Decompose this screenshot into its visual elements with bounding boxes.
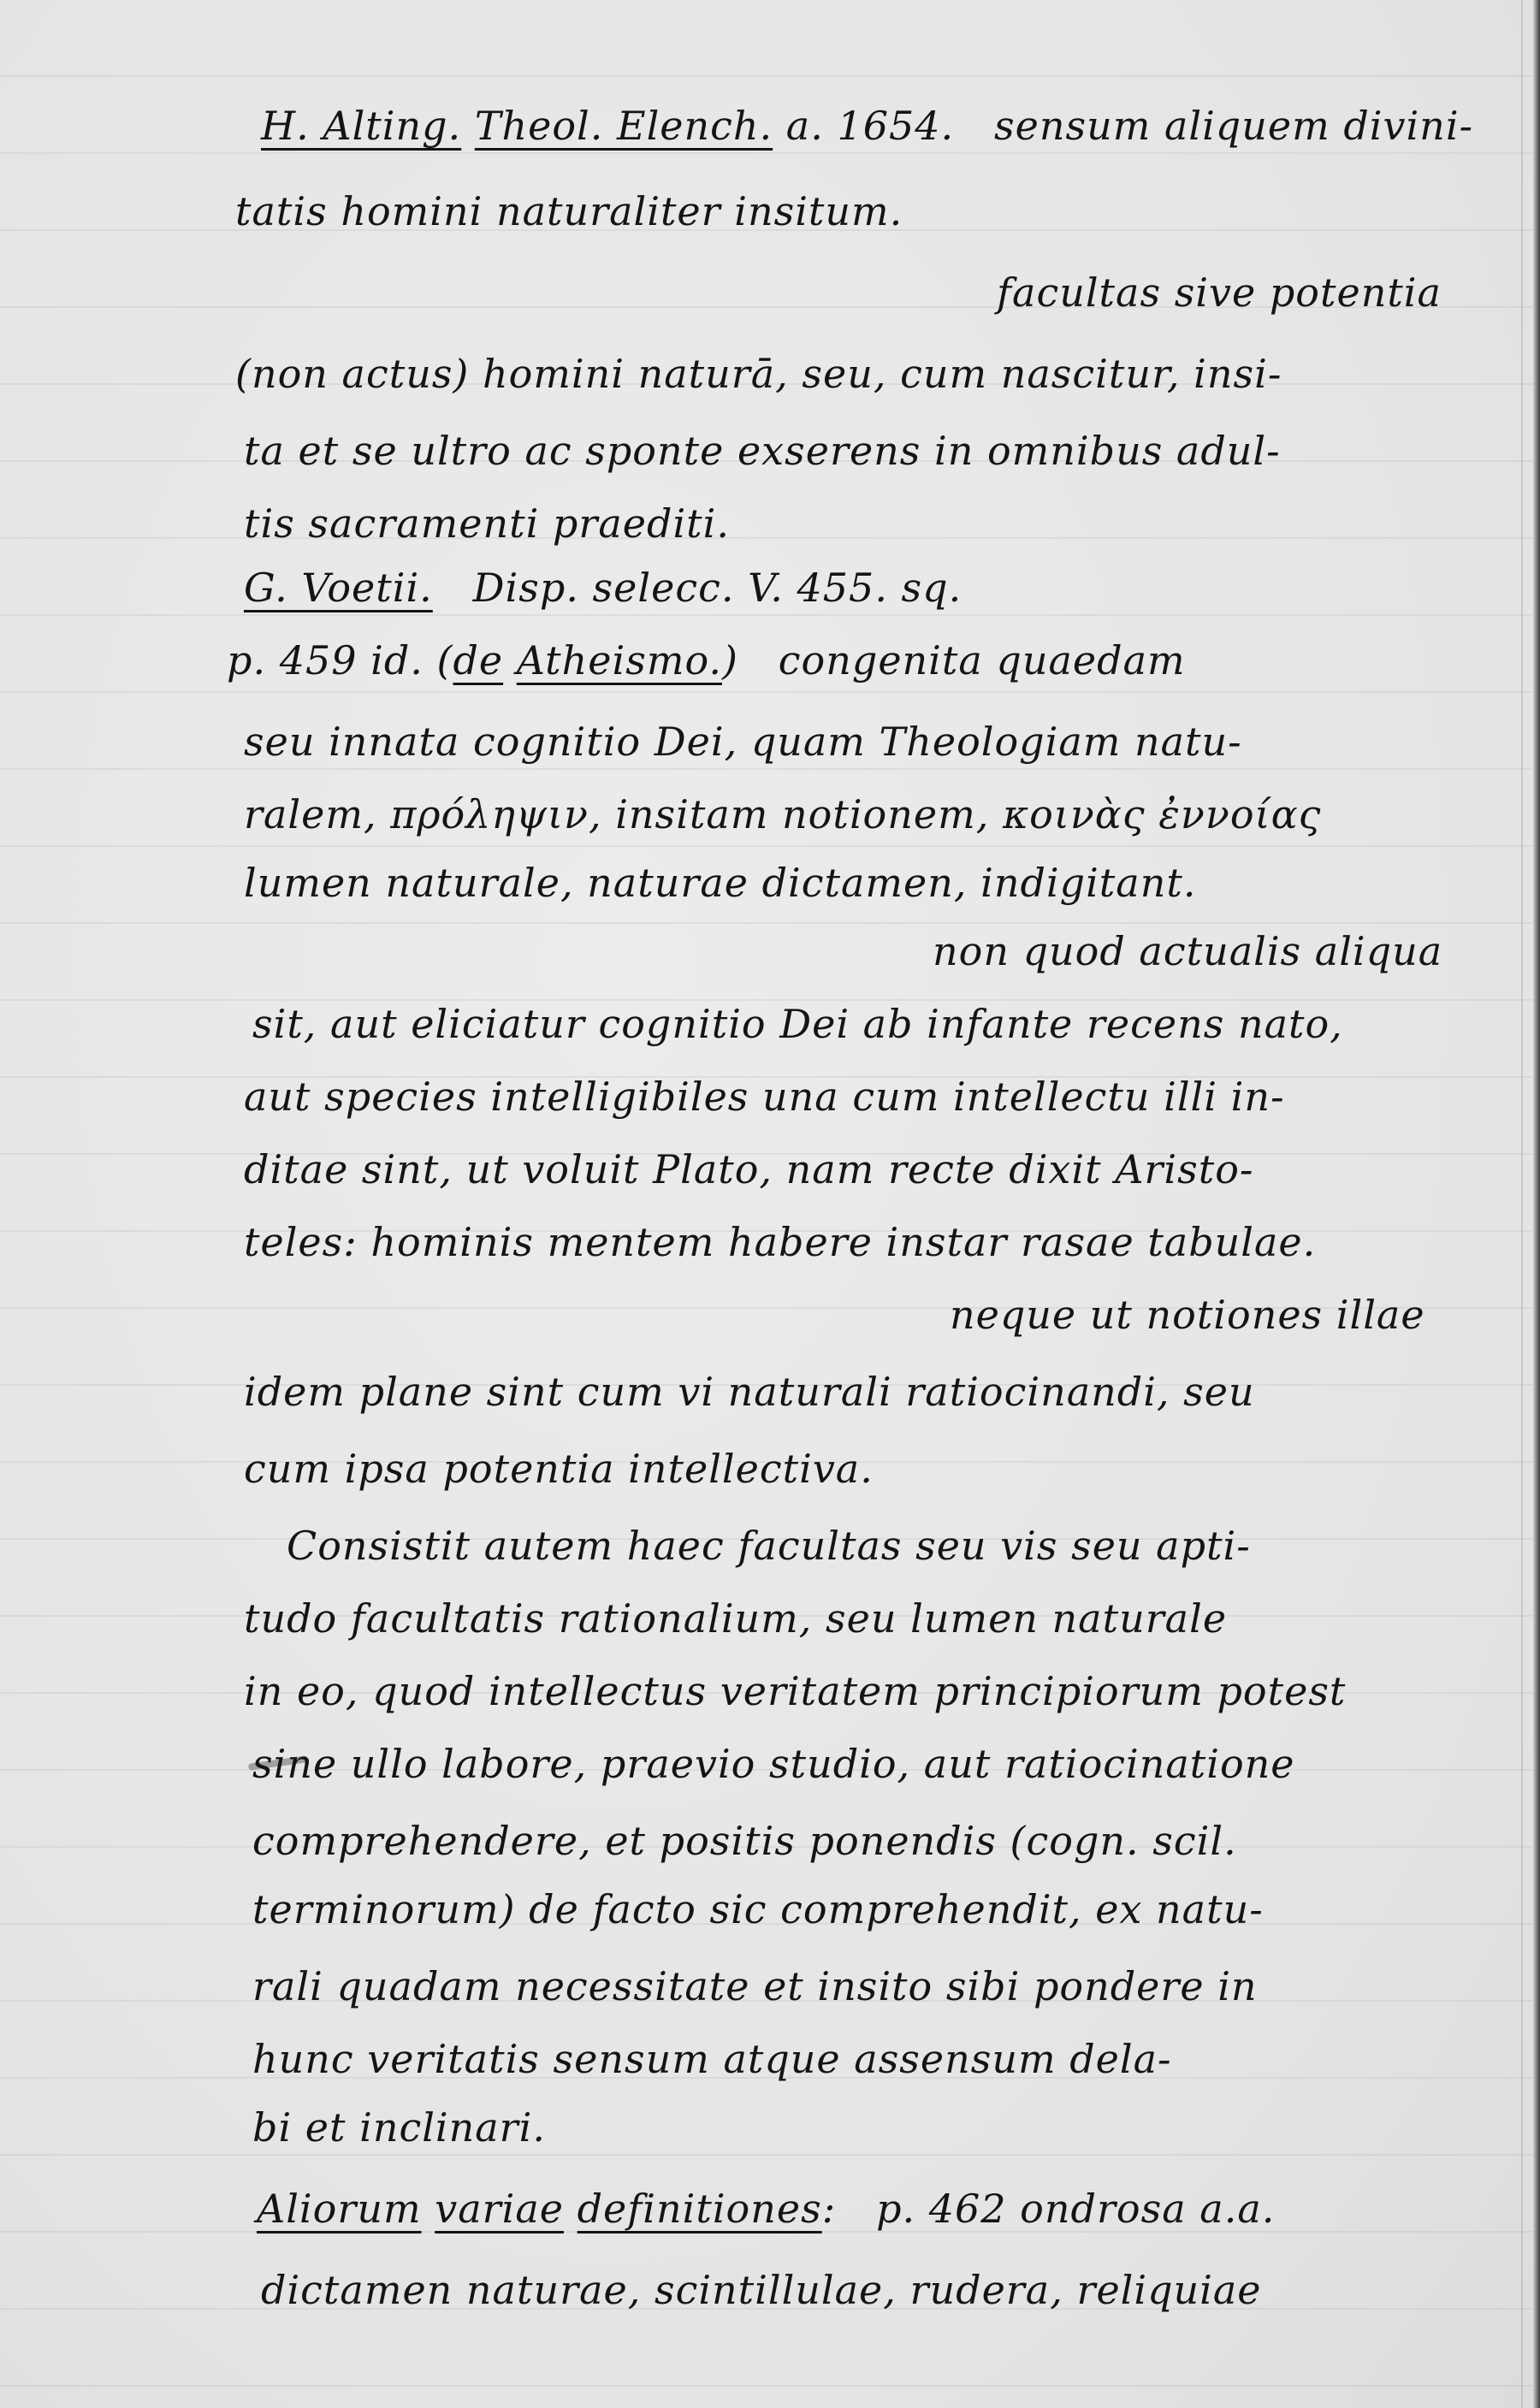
manuscript-line: in eo, quod intellectus veritatem princi…	[244, 1668, 1346, 1714]
manuscript-line: hunc veritatis sensum atque assensum del…	[252, 2036, 1172, 2082]
heading-author: H. Alting.	[261, 103, 461, 149]
manuscript-line: tudo facultatis rationalium, seu lumen n…	[244, 1595, 1227, 1642]
citation-underlined: de	[453, 637, 503, 683]
manuscript-line: ditae sint, ut voluit Plato, nam recte d…	[244, 1146, 1253, 1192]
heading-underlined: Aliorum	[257, 2186, 422, 2232]
manuscript-line: lumen naturale, naturae dictamen, indigi…	[244, 860, 1196, 906]
manuscript-line: tis sacramenti praediti.	[244, 500, 730, 547]
heading-citation: Disp. selecc. V. 455. sq.	[473, 565, 962, 611]
heading-underlined: definitiones	[577, 2186, 822, 2232]
manuscript-line: teles: hominis mentem habere instar rasa…	[244, 1219, 1316, 1265]
citation-suffix: )	[722, 637, 738, 683]
page-fold-line	[1521, 0, 1523, 2408]
manuscript-line: rali quadam necessitate et insito sibi p…	[252, 1963, 1258, 2009]
citation-prefix: p. 459 id. (	[227, 637, 453, 683]
manuscript-line: ta et se ultro ac sponte exserens in omn…	[244, 428, 1281, 474]
manuscript-line: non quod actualis aliqua	[933, 928, 1442, 974]
line-text: sensum aliquem divini-	[994, 103, 1473, 149]
manuscript-line: dictamen naturae, scintillulae, rudera, …	[261, 2267, 1262, 2313]
manuscript-line: aut species intelligibiles una cum intel…	[244, 1074, 1285, 1120]
manuscript-line: Consistit autem haec facultas seu vis se…	[287, 1523, 1251, 1569]
line-text: congenita quaedam	[779, 637, 1186, 683]
heading-suffix: :	[822, 2186, 837, 2232]
manuscript-line: cum ipsa potentia intellectiva.	[244, 1446, 874, 1492]
manuscript-line: G. Voetii. Disp. selecc. V. 455. sq.	[244, 565, 962, 611]
heading-date: a. 1654.	[786, 103, 954, 149]
heading-work: Theol. Elench.	[475, 103, 773, 149]
manuscript-line: ralem, πρόληψιν, insitam notionem, κοινὰ…	[244, 791, 1321, 837]
manuscript-line: (non actus) homini naturā, seu, cum nasc…	[235, 351, 1282, 397]
manuscript-line: comprehendere, et positis ponendis (cogn…	[252, 1818, 1237, 1864]
manuscript-page: H. Alting. Theol. Elench. a. 1654. sensu…	[0, 0, 1540, 2408]
manuscript-line: facultas sive potentia	[997, 269, 1442, 316]
manuscript-line: seu innata cognitio Dei, quam Theologiam…	[244, 719, 1242, 765]
manuscript-line: neque ut notiones illae	[950, 1292, 1425, 1338]
page-edge	[1533, 0, 1540, 2408]
manuscript-line: tatis homini naturaliter insitum.	[235, 188, 903, 234]
heading-underlined: variae	[435, 2186, 564, 2232]
line-text: p. 462 ondrosa a.a.	[876, 2186, 1275, 2232]
citation-underlined: Atheismo.	[517, 637, 722, 683]
manuscript-line: p. 459 id. (de Atheismo.) congenita quae…	[227, 637, 1186, 683]
manuscript-line: terminorum) de facto sic comprehendit, e…	[252, 1886, 1264, 1932]
manuscript-line: sit, aut eliciatur cognitio Dei ab infan…	[252, 1001, 1343, 1047]
heading-author: G. Voetii.	[244, 565, 433, 611]
manuscript-line: Aliorum variae definitiones: p. 462 ondr…	[257, 2186, 1275, 2232]
manuscript-line: sine ullo labore, praevio studio, aut ra…	[252, 1741, 1295, 1787]
manuscript-line: idem plane sint cum vi naturali ratiocin…	[244, 1369, 1255, 1415]
manuscript-line: bi et inclinari.	[252, 2104, 546, 2151]
manuscript-line: H. Alting. Theol. Elench. a. 1654. sensu…	[261, 103, 1473, 149]
